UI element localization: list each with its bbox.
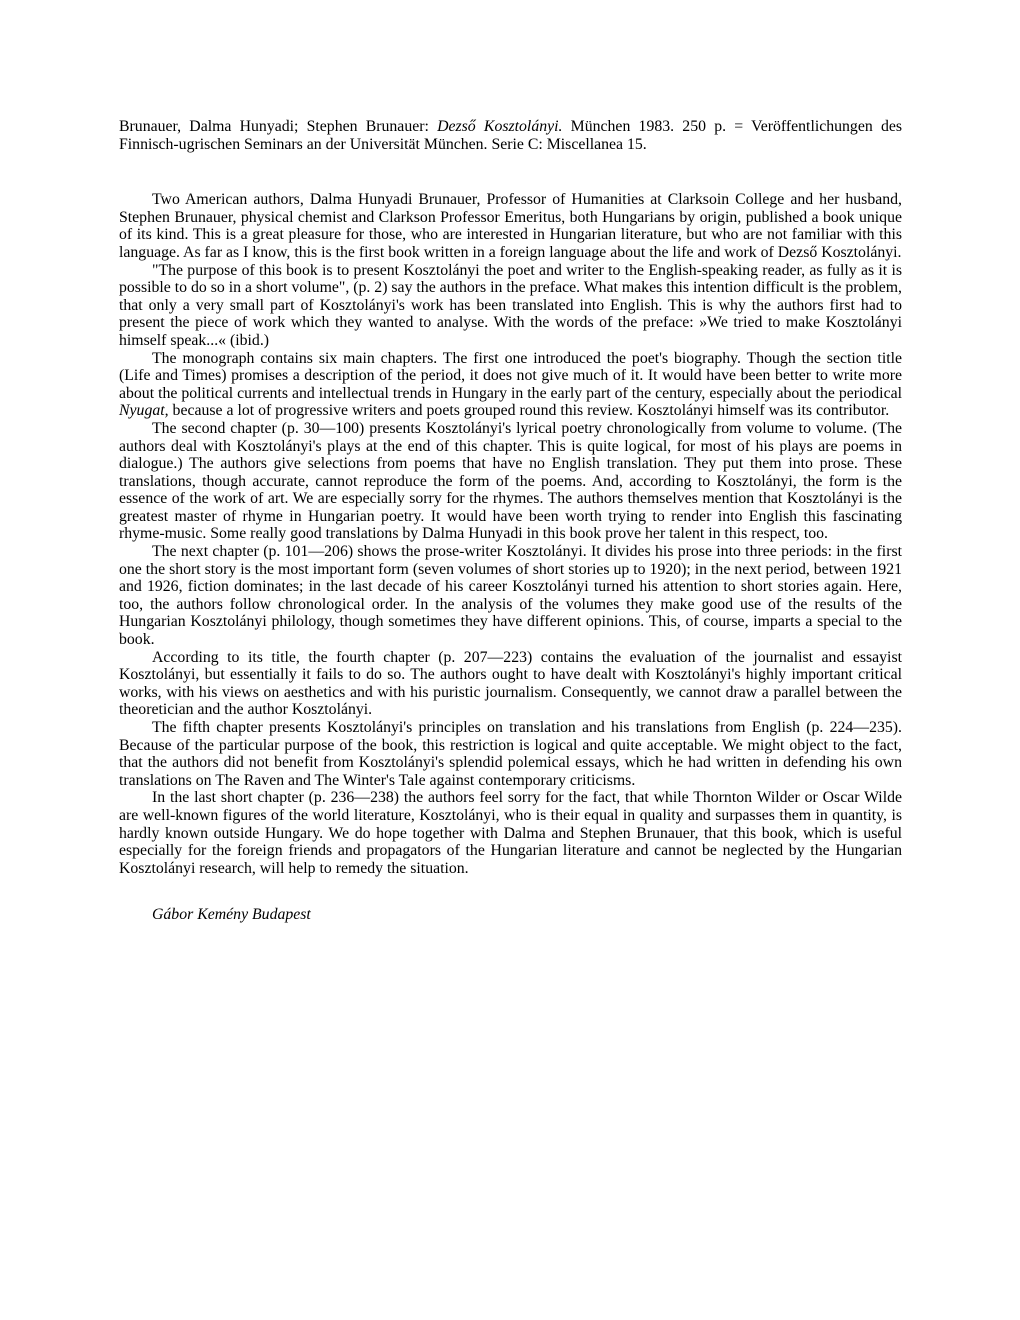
paragraph-2-text: "The purpose of this book is to present … <box>119 262 902 349</box>
text-block: Brunauer, Dalma Hunyadi; Stephen Brunaue… <box>119 118 902 924</box>
paragraph-8-text: In the last short chapter (p. 236—238) t… <box>119 789 902 876</box>
paragraph-4: The second chapter (p. 30—100) presents … <box>119 420 902 543</box>
paragraph-7-text: The fifth chapter presents Kosztolányi's… <box>119 719 902 789</box>
periodical-title: Nyugat, <box>119 402 169 419</box>
reviewer-signature: Gábor Kemény Budapest <box>119 906 902 924</box>
paragraph-3-text: The monograph contains six main chapters… <box>119 350 902 402</box>
paragraph-2: "The purpose of this book is to present … <box>119 262 902 350</box>
paragraph-4-text: The second chapter (p. 30—100) presents … <box>119 420 902 543</box>
paragraph-5: The next chapter (p. 101—206) shows the … <box>119 543 902 649</box>
paragraph-3: The monograph contains six main chapters… <box>119 350 902 420</box>
document-page: Brunauer, Dalma Hunyadi; Stephen Brunaue… <box>0 0 1020 1320</box>
bibliographic-citation: Brunauer, Dalma Hunyadi; Stephen Brunaue… <box>119 118 902 153</box>
paragraph-1-text: Two American authors, Dalma Hunyadi Brun… <box>119 191 902 261</box>
review-body: Two American authors, Dalma Hunyadi Brun… <box>119 191 902 877</box>
paragraph-3-text-after: because a lot of progressive writers and… <box>169 402 890 419</box>
paragraph-7: The fifth chapter presents Kosztolányi's… <box>119 719 902 789</box>
paragraph-6-text: According to its title, the fourth chapt… <box>119 649 902 719</box>
citation-authors: Brunauer, Dalma Hunyadi; Stephen Brunaue… <box>119 118 437 135</box>
citation-book-title: Dezső Kosztolányi. <box>437 118 562 135</box>
paragraph-8: In the last short chapter (p. 236—238) t… <box>119 789 902 877</box>
paragraph-1: Two American authors, Dalma Hunyadi Brun… <box>119 191 902 261</box>
paragraph-5-text: The next chapter (p. 101—206) shows the … <box>119 543 902 648</box>
paragraph-6: According to its title, the fourth chapt… <box>119 649 902 719</box>
